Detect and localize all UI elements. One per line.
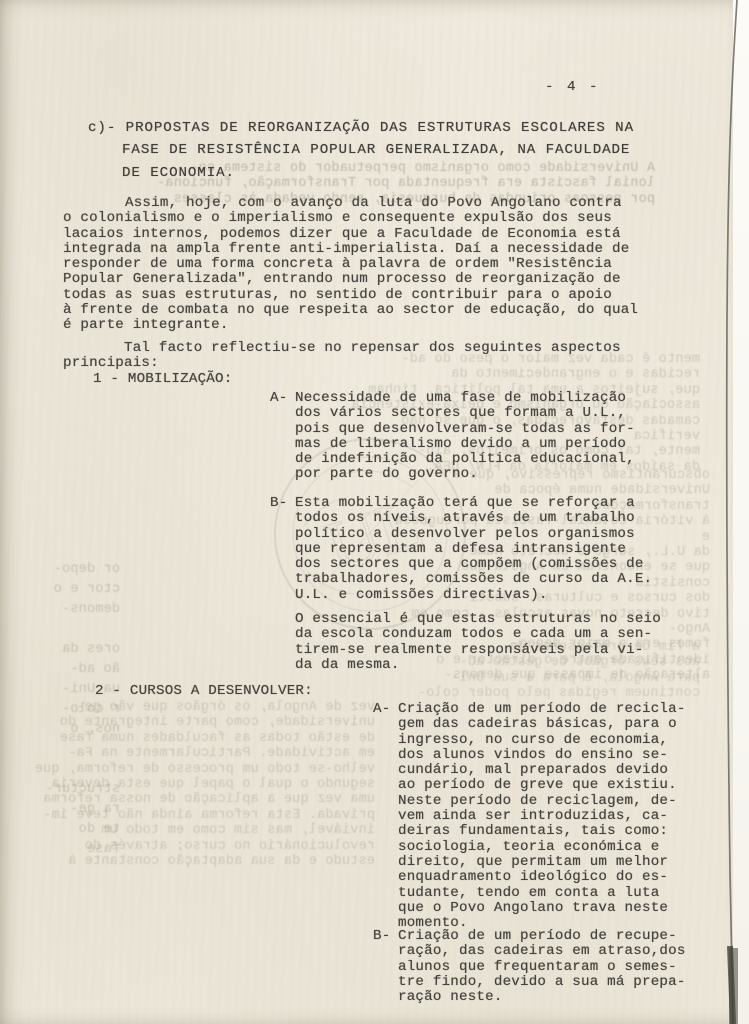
intro-paragraph: Assim, hoje, com o avanço da luta do Pov…: [63, 196, 665, 334]
section1-item-a-marker: A-: [270, 391, 287, 406]
section1-item-b-text: Esta mobilização terá que se reforçar a …: [295, 496, 687, 603]
section2-item-a-marker: A-: [373, 702, 390, 717]
scanner-background-strip: [733, 0, 749, 1024]
section1-note-paragraph: O essencial é que estas estruturas no se…: [295, 612, 695, 673]
tal-facto-paragraph: Tal facto reflectiu-se no repensar dos s…: [63, 341, 665, 372]
page-number: - 4 -: [545, 80, 600, 95]
section2-item-b-text: Criação de um período de recupe- ração, …: [398, 929, 710, 1005]
section2-title: 2 - CURSOS A DESENVOLVER:: [95, 684, 313, 699]
section2-item-a-text: Criação de um período de recicla- gem da…: [398, 702, 710, 931]
section1-item-a-text: Necessidade de uma fase de mobilização d…: [295, 391, 677, 483]
section1-title: 1 - MOBILIZAÇÃO:: [93, 372, 232, 387]
section2-item-b-marker: B-: [373, 929, 390, 944]
scanned-document-page: A Universidade como organismo perpetuado…: [0, 0, 749, 1024]
bleedthrough-text: or depo- ctor e o demons- ores da ão ad-…: [0, 560, 120, 860]
document-heading: c)- PROPOSTAS DE REORGANIZAÇÃO DAS ESTRU…: [122, 117, 694, 184]
paper-background: A Universidade como organismo perpetuado…: [0, 0, 733, 1024]
section1-item-b-marker: B-: [270, 496, 287, 511]
